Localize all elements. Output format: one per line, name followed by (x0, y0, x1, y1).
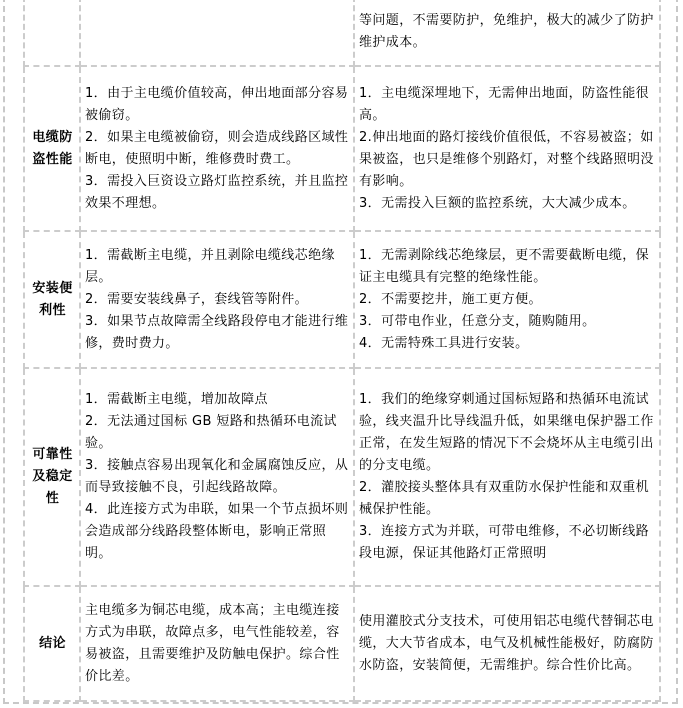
cell-text: 3．如果节点故障需全线路段停电才能进行维修，费时费力。 (85, 311, 350, 355)
cell-text: 1．需截断主电缆，并且剥除电缆线芯绝缘层。 (85, 245, 350, 289)
cell-text: 2．灌胶接头整体具有双重防水保护性能和双重机械保护性能。 (359, 477, 656, 521)
row-label: 安装便利性 (24, 231, 80, 368)
traditional-cell: 1．需截断主电缆，并且剥除电缆线芯绝缘层。 2．需要安装线鼻子，套线管等附件。 … (80, 231, 354, 368)
cell-text: 2．无法通过国标 GB 短路和热循环电流试验。 (85, 411, 350, 455)
row-label: 可靠性及稳定性 (24, 368, 80, 586)
cell-text: 1．主电缆深埋地下，无需伸出地面，防盗性能很高。 (359, 83, 656, 127)
cell-text: 3．需投入巨资设立路灯监控系统，并且监控效果不理想。 (85, 171, 350, 215)
cell-text: 2．需要安装线鼻子，套线管等附件。 (85, 289, 350, 311)
cell-text: 使用灌胶式分支技术，可使用铝芯电缆代替铜芯电缆，大大节省成本，电气及机械性能极好… (359, 611, 656, 677)
cell-text: 1．需截断主电缆，增加故障点 (85, 389, 350, 411)
cell-text: 3．连接方式为并联，可带电维修，不必切断线路段电源，保证其他路灯正常照明 (359, 521, 656, 565)
cell-text: 1．无需剥除线芯绝缘层，更不需要截断电缆，保证主电缆具有完整的绝缘性能。 (359, 245, 656, 289)
cell-text: 1．由于主电缆价值较高，伸出地面部分容易被偷窃。 (85, 83, 350, 127)
cell-text: 等问题，不需要防护，免维护，极大的减少了防护维护成本。 (359, 10, 656, 54)
cell-text: 3．接触点容易出现氧化和金属腐蚀反应，从而导致接触不良，引起线路故障。 (85, 455, 350, 499)
cell-text: 2．如果主电缆被偷窃，则会造成线路区域性断电，使照明中断，维修费时费工。 (85, 127, 350, 171)
cell-text: 主电缆多为铜芯电缆，成本高；主电缆连接方式为串联，故障点多，电气性能较差，容易被… (85, 600, 350, 688)
table-row-reliability: 可靠性及稳定性 1．需截断主电缆，增加故障点 2．无法通过国标 GB 短路和热循… (24, 368, 660, 586)
table-row-conclusion: 结论 主电缆多为铜芯电缆，成本高；主电缆连接方式为串联，故障点多，电气性能较差，… (24, 586, 660, 701)
cell-text: 2．不需要挖井，施工更方便。 (359, 289, 656, 311)
traditional-cell: 1．需截断主电缆，增加故障点 2．无法通过国标 GB 短路和热循环电流试验。 3… (80, 368, 354, 586)
table-row-installation: 安装便利性 1．需截断主电缆，并且剥除电缆线芯绝缘层。 2．需要安装线鼻子，套线… (24, 231, 660, 368)
comparison-table: 等问题，不需要防护，免维护，极大的减少了防护维护成本。 电缆防盗性能 1．由于主… (23, 0, 661, 702)
cell-text: 4．此连接方式为串联，如果一个节点损坏则会造成部分线路段整体断电，影响正常照明。 (85, 499, 350, 565)
row-label: 电缆防盗性能 (24, 66, 80, 231)
traditional-cell (80, 0, 354, 66)
piercing-clamp-cell: 1．我们的绝缘穿刺通过国标短路和热循环电流试验，线夹温升比导线温升低，如果继电保… (354, 368, 660, 586)
cell-text: 4．无需特殊工具进行安装。 (359, 333, 656, 355)
cell-text: 3．可带电作业，任意分支，随购随用。 (359, 311, 656, 333)
piercing-clamp-cell: 使用灌胶式分支技术，可使用铝芯电缆代替铜芯电缆，大大节省成本，电气及机械性能极好… (354, 586, 660, 701)
cell-text: 2.伸出地面的路灯接线价值很低，不容易被盗；如果被盗，也只是维修个别路灯，对整个… (359, 127, 656, 193)
table-row-continuation: 等问题，不需要防护，免维护，极大的减少了防护维护成本。 (24, 0, 660, 66)
piercing-clamp-cell: 1．无需剥除线芯绝缘层，更不需要截断电缆，保证主电缆具有完整的绝缘性能。 2．不… (354, 231, 660, 368)
cell-text: 1．我们的绝缘穿刺通过国标短路和热循环电流试验，线夹温升比导线温升低，如果继电保… (359, 389, 656, 477)
row-label (24, 0, 80, 66)
row-label: 结论 (24, 586, 80, 701)
piercing-clamp-cell: 等问题，不需要防护，免维护，极大的减少了防护维护成本。 (354, 0, 660, 66)
cell-text: 3．无需投入巨额的监控系统，大大减少成本。 (359, 193, 656, 215)
table-row-anti-theft: 电缆防盗性能 1．由于主电缆价值较高，伸出地面部分容易被偷窃。 2．如果主电缆被… (24, 66, 660, 231)
traditional-cell: 主电缆多为铜芯电缆，成本高；主电缆连接方式为串联，故障点多，电气性能较差，容易被… (80, 586, 354, 701)
traditional-cell: 1．由于主电缆价值较高，伸出地面部分容易被偷窃。 2．如果主电缆被偷窃，则会造成… (80, 66, 354, 231)
piercing-clamp-cell: 1．主电缆深埋地下，无需伸出地面，防盗性能很高。 2.伸出地面的路灯接线价值很低… (354, 66, 660, 231)
